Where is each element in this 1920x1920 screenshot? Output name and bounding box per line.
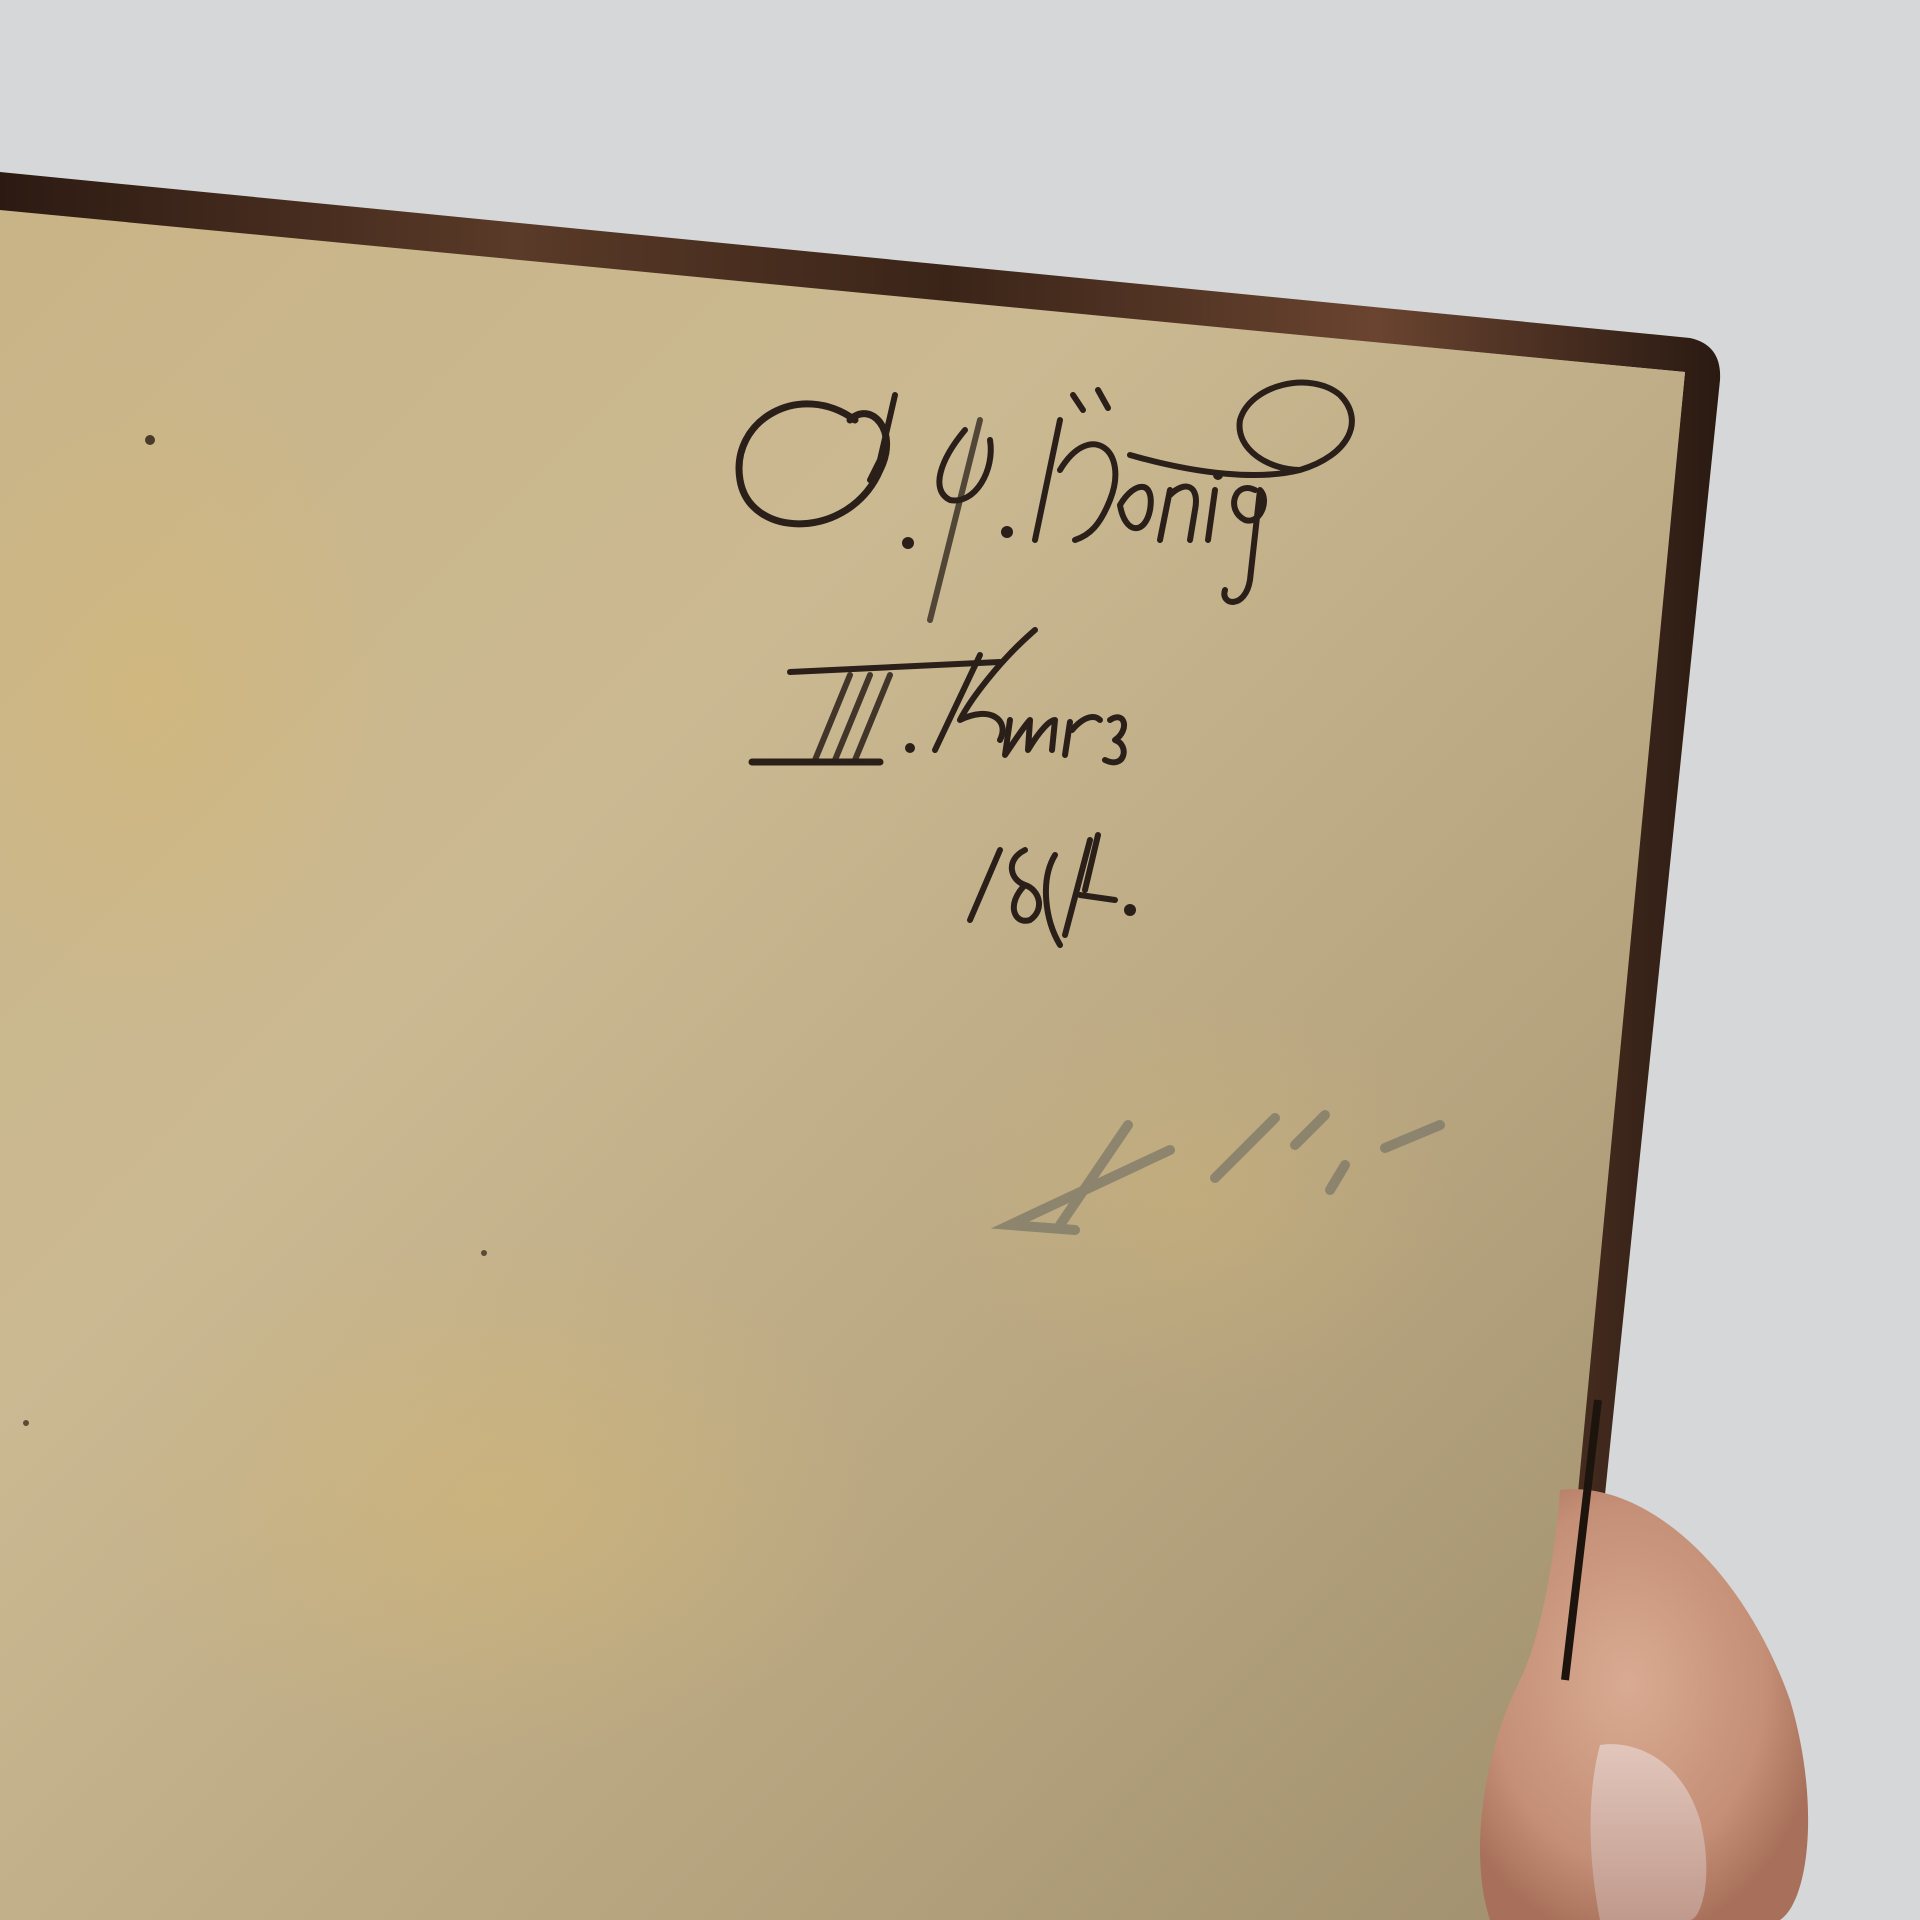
photo-canvas — [0, 0, 1920, 1920]
book-photo: J. G. König III. Kurs 1874. ℳ 10.– — [0, 0, 1920, 1920]
paper-speck — [23, 1420, 29, 1426]
paper-speck — [145, 435, 155, 445]
paper-stain — [940, 1000, 1460, 1400]
paper-stain — [120, 1240, 880, 1760]
paper-speck — [481, 1250, 487, 1256]
